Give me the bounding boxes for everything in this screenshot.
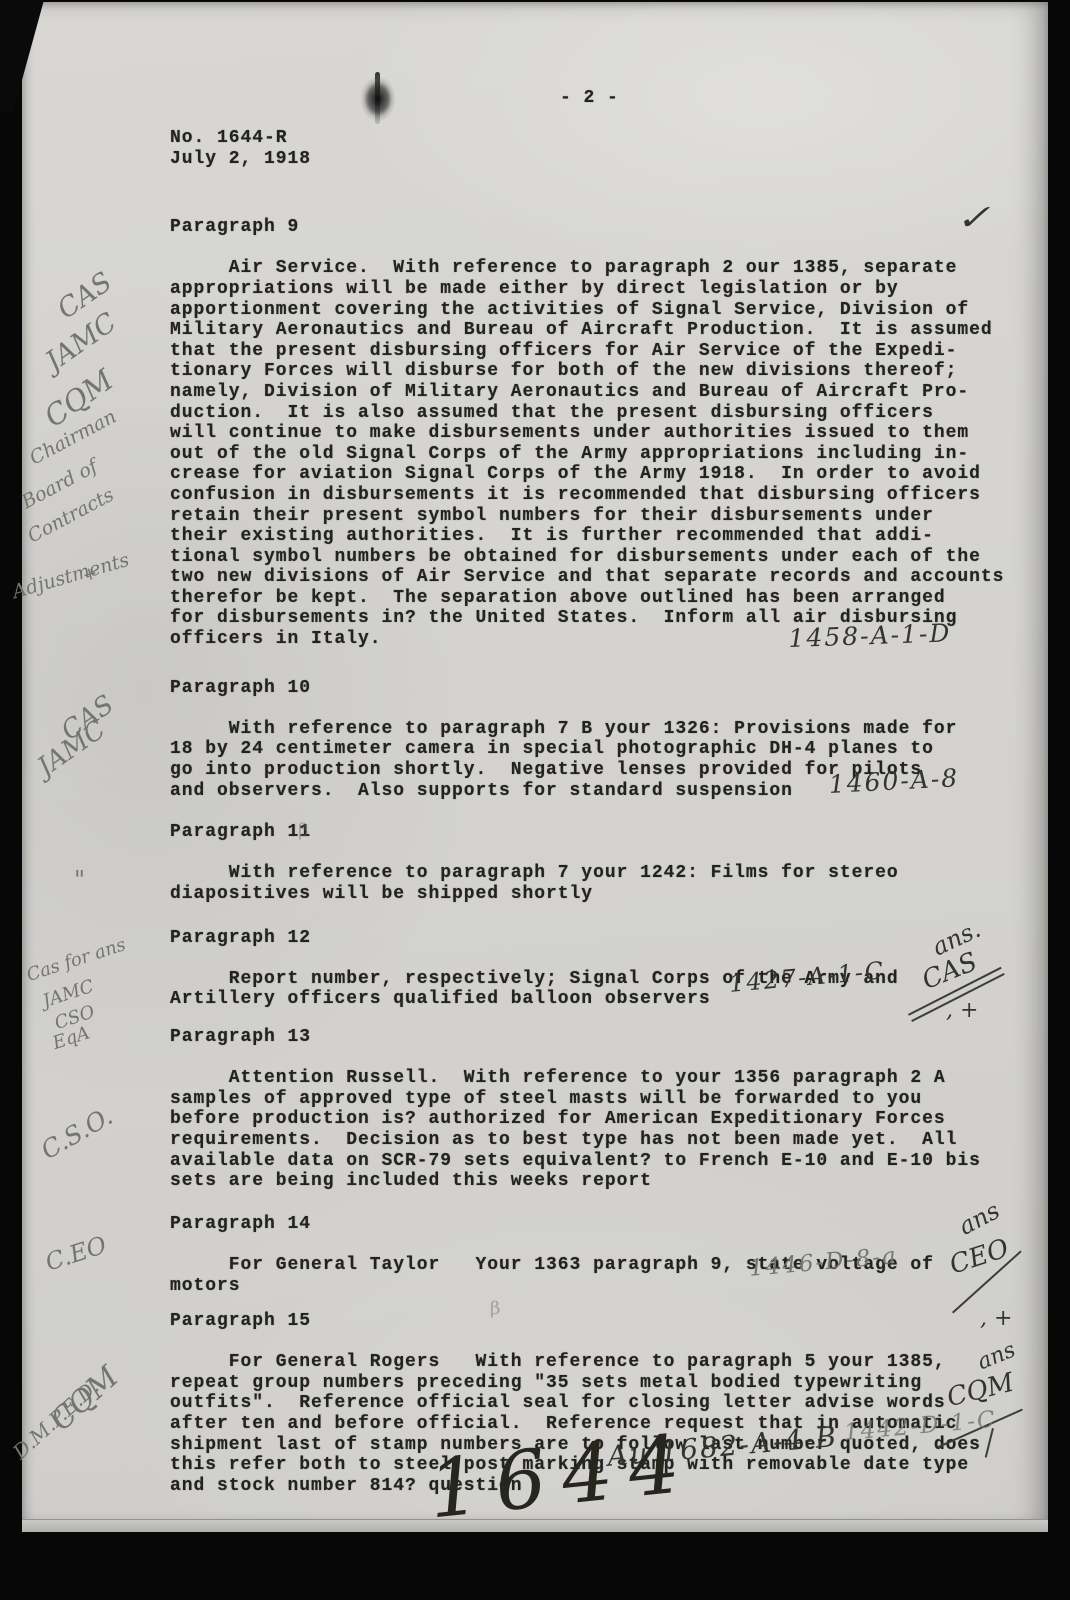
- paragraph-13: Paragraph 13 Attention Russell. With ref…: [170, 1027, 1050, 1192]
- paragraph-heading: Paragraph 13: [170, 1027, 1050, 1048]
- typed-line: sets are being included this weeks repor…: [170, 1171, 1050, 1192]
- margin-note-ditto: ": [74, 866, 85, 894]
- typed-line: Air Service. With reference to paragraph…: [170, 258, 1050, 279]
- typed-line: duction. It is also assumed that the pre…: [170, 403, 1050, 424]
- doc-date: July 2, 1918: [170, 149, 1050, 170]
- ink-blot: [360, 76, 396, 122]
- file-code-p9: 1458-A-1-D: [788, 618, 952, 653]
- paragraph-body: Report number, respectively; Signal Corp…: [170, 969, 1050, 1010]
- doc-number: No. 1644-R: [170, 128, 1050, 149]
- typed-line: 18 by 24 centimeter camera in special ph…: [170, 739, 1050, 760]
- margin-note-plus-p14: , +: [980, 1306, 1012, 1331]
- faint-stamp-mark: β: [490, 1298, 500, 1319]
- paragraph-14: Paragraph 14 For General Taylor Your 136…: [170, 1214, 1050, 1296]
- margin-note-plus-p12: , +: [946, 998, 978, 1023]
- paragraph-heading: Paragraph 10: [170, 678, 1050, 699]
- paragraph-heading: Paragraph 12: [170, 928, 1050, 949]
- page-number: - 2 -: [560, 88, 619, 109]
- typed-line: diapositives will be shipped shortly: [170, 884, 1050, 905]
- paragraph-body: With reference to paragraph 7 your 1242:…: [170, 863, 1050, 904]
- typed-line: before production is? authorized for Ame…: [170, 1109, 1050, 1130]
- paragraph-body: For General Taylor Your 1363 paragraph 9…: [170, 1255, 1050, 1296]
- typed-line: motors: [170, 1276, 1050, 1297]
- typed-line: namely, Division of Military Aeronautics…: [170, 382, 1050, 403]
- typed-line: crease for aviation Signal Corps of the …: [170, 464, 1050, 485]
- typed-line: two new divisions of Air Service and tha…: [170, 567, 1050, 588]
- typed-line: requirements. Decision as to best type h…: [170, 1130, 1050, 1151]
- typed-line: Artillery officers qualified balloon obs…: [170, 989, 1050, 1010]
- typed-line: retain their present symbol numbers for …: [170, 506, 1050, 527]
- paragraph-9: Paragraph 9 Air Service. With reference …: [170, 217, 1050, 649]
- typed-line: With reference to paragraph 7 B your 132…: [170, 719, 1050, 740]
- paragraph-body: Air Service. With reference to paragraph…: [170, 258, 1050, 649]
- typed-line: Military Aeronautics and Bureau of Aircr…: [170, 320, 1050, 341]
- typed-line: For General Rogers With reference to par…: [170, 1352, 1050, 1373]
- typed-line: repeat group numbers preceding "35 sets …: [170, 1373, 1050, 1394]
- typed-line: Report number, respectively; Signal Corp…: [170, 969, 1050, 990]
- paragraph-body: Attention Russell. With reference to you…: [170, 1068, 1050, 1192]
- paragraph-heading: Paragraph 15: [170, 1311, 1050, 1332]
- typed-line: will continue to make disbursements unde…: [170, 423, 1050, 444]
- scanned-document-page: - 2 - No. 1644-R July 2, 1918 Paragraph …: [0, 0, 1070, 1600]
- typed-line: appropriations will be made either by di…: [170, 279, 1050, 300]
- paragraph-heading: Paragraph 14: [170, 1214, 1050, 1235]
- typed-line: Attention Russell. With reference to you…: [170, 1068, 1050, 1089]
- typed-line: samples of approved type of steel masts …: [170, 1089, 1050, 1110]
- typed-line: therefor be kept. The separation above o…: [170, 588, 1050, 609]
- typed-line: tionary Forces will disburse for both of…: [170, 361, 1050, 382]
- paragraph-heading: Paragraph 9: [170, 217, 1050, 238]
- faint-stamp-mark: β: [298, 820, 308, 841]
- typed-line: that the present disbursing officers for…: [170, 341, 1050, 362]
- typed-line: For General Taylor Your 1363 paragraph 9…: [170, 1255, 1050, 1276]
- typed-line: outfits". Reference official seal for cl…: [170, 1393, 1050, 1414]
- typed-line: confusion in disbursements it is recomme…: [170, 485, 1050, 506]
- typed-line: available data on SCR-79 sets equivalent…: [170, 1151, 1050, 1172]
- typed-line: With reference to paragraph 7 your 1242:…: [170, 863, 1050, 884]
- typed-line: apportionment covering the activities of…: [170, 300, 1050, 321]
- typed-content-column: No. 1644-R July 2, 1918 Paragraph 9 Air …: [170, 128, 1050, 1496]
- checkmark-annotation: ✓: [952, 199, 994, 239]
- typed-line: out of the old Signal Corps of the Army …: [170, 444, 1050, 465]
- typed-line: tional symbol numbers be obtained for di…: [170, 547, 1050, 568]
- typed-line: their existing authorities. It is furthe…: [170, 526, 1050, 547]
